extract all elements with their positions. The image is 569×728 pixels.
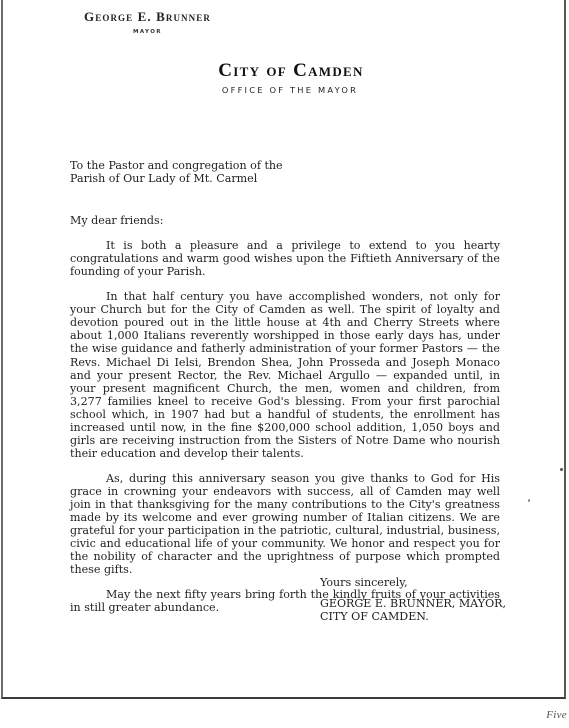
letterhead-mayor-name: George E. Brunner: [70, 9, 225, 25]
letterhead-office-name: OFFICE OF THE MAYOR: [0, 85, 569, 95]
addressee-line: Parish of Our Lady of Mt. Carmel: [70, 172, 257, 185]
addressee: To the Pastor and congregation of the Pa…: [70, 159, 500, 185]
paragraph: As, during this anniversary season you g…: [70, 472, 500, 577]
signature: GEORGE E. BRUNNER, MAYOR, CITY OF CAMDEN…: [320, 597, 540, 623]
salutation: My dear friends:: [70, 214, 500, 227]
scan-speck: [528, 499, 530, 502]
signature-block: Yours sincerely, GEORGE E. BRUNNER, MAYO…: [320, 576, 540, 623]
signature-line: CITY OF CAMDEN.: [320, 610, 429, 623]
addressee-line: To the Pastor and congregation of the: [70, 159, 283, 172]
letter-body: To the Pastor and congregation of the Pa…: [70, 159, 500, 614]
page-number: Five: [546, 709, 567, 721]
scan-speck: [560, 468, 563, 471]
signature-line: GEORGE E. BRUNNER, MAYOR,: [320, 597, 506, 610]
letterhead-city-name: City of Camden: [0, 60, 569, 82]
paragraph: In that half century you have accomplish…: [70, 290, 500, 460]
paragraph: It is both a pleasure and a privilege to…: [70, 239, 500, 278]
letterhead-mayor-title: MAYOR: [70, 29, 225, 35]
closing: Yours sincerely,: [320, 576, 540, 589]
